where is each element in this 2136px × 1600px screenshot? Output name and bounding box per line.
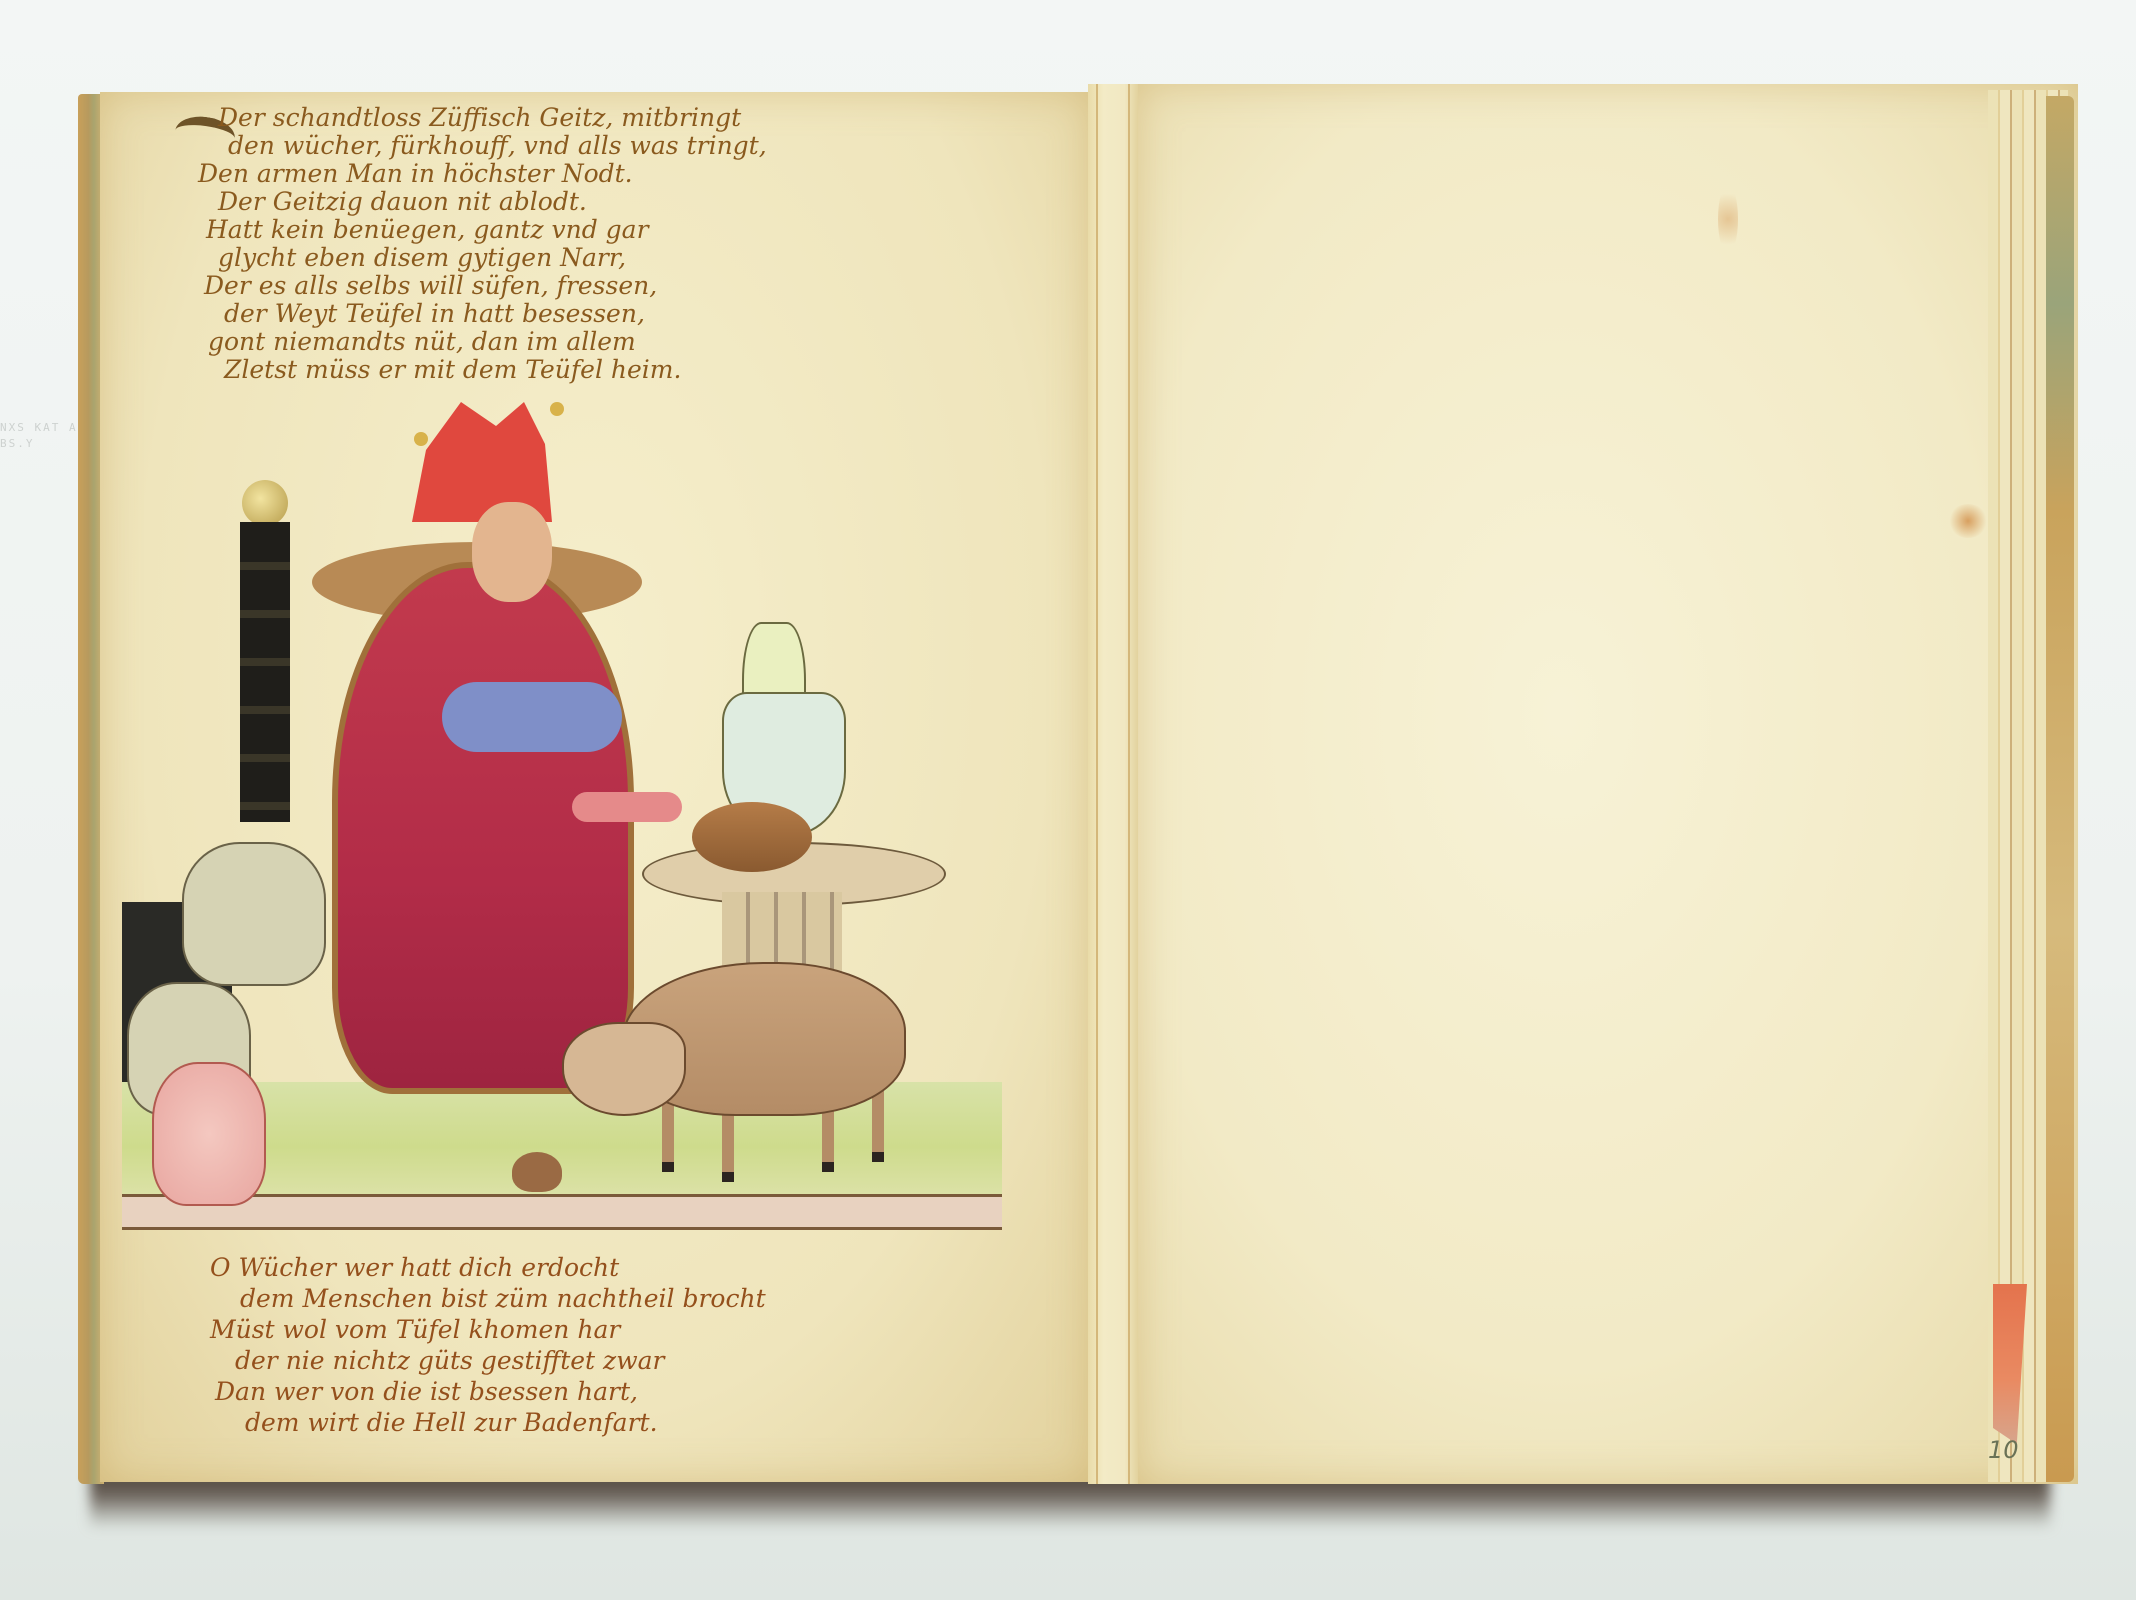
illustration	[122, 402, 1002, 1222]
chair-finial	[242, 480, 288, 526]
verse-line: Zletst müss er mit dem Teüfel heim.	[218, 356, 767, 384]
red-robe	[332, 562, 634, 1094]
verse-line: Müst wol vom Tüfel khomen har	[210, 1314, 766, 1345]
verse-line: glycht eben disem gytigen Narr,	[218, 244, 767, 272]
verse-bottom: O Wücher wer hatt dich erdocht dem Mensc…	[210, 1252, 766, 1438]
jester-face	[472, 502, 552, 602]
verse-line: Der Geitzig dauon nit ablodt.	[218, 188, 767, 216]
foxing-stain	[1948, 504, 1988, 538]
jester-hood	[412, 402, 552, 522]
right-page: 9	[1138, 84, 2078, 1484]
verse-line: den wücher, fürkhouff, vnd alls was trin…	[218, 132, 767, 160]
boar-head	[562, 1022, 686, 1116]
hood-bell	[550, 402, 564, 416]
open-book: Der schandtloss Züffisch Geitz, mitbring…	[78, 84, 2068, 1484]
chair-post	[240, 522, 290, 822]
verse-top: Der schandtloss Züffisch Geitz, mitbring…	[218, 104, 767, 384]
fold-line	[1096, 84, 1098, 1484]
floor-band	[122, 1194, 1002, 1230]
verse-line: O Wücher wer hatt dich erdocht	[210, 1252, 766, 1283]
verse-line: dem Menschen bist züm nachtheil brocht	[210, 1283, 766, 1314]
verse-line: Hatt kein benüegen, gantz vnd gar	[206, 216, 767, 244]
verse-line: der Weyt Teüfel in hatt besessen,	[218, 300, 767, 328]
foxing-stain	[1718, 184, 1738, 254]
bread-loaf	[692, 802, 812, 872]
folio-number: 10	[1988, 1436, 2019, 1464]
dung-pile	[512, 1152, 562, 1192]
verse-line: Dan wer von die ist bsessen hart,	[210, 1376, 766, 1407]
book-gutter	[1088, 84, 1140, 1484]
verse-line: gont niemandts nüt, dan im allem	[208, 328, 767, 356]
blue-sleeve	[442, 682, 622, 752]
hood-bell	[414, 432, 428, 446]
verse-line: dem wirt die Hell zur Badenfart.	[210, 1407, 766, 1438]
right-cover-edge	[2046, 96, 2074, 1482]
verse-line: der nie nichtz güts gestifftet zwar	[210, 1345, 766, 1376]
sausages	[572, 792, 682, 822]
verse-line: Der es alls selbs will süfen, fressen,	[204, 272, 767, 300]
verse-line: Den armen Man in höchster Nodt.	[198, 160, 767, 188]
money-sack	[182, 842, 326, 986]
left-page: Der schandtloss Züffisch Geitz, mitbring…	[100, 92, 1092, 1482]
verse-line: Der schandtloss Züffisch Geitz, mitbring…	[218, 104, 767, 132]
pink-jug	[152, 1062, 266, 1206]
fold-line	[1128, 84, 1130, 1484]
